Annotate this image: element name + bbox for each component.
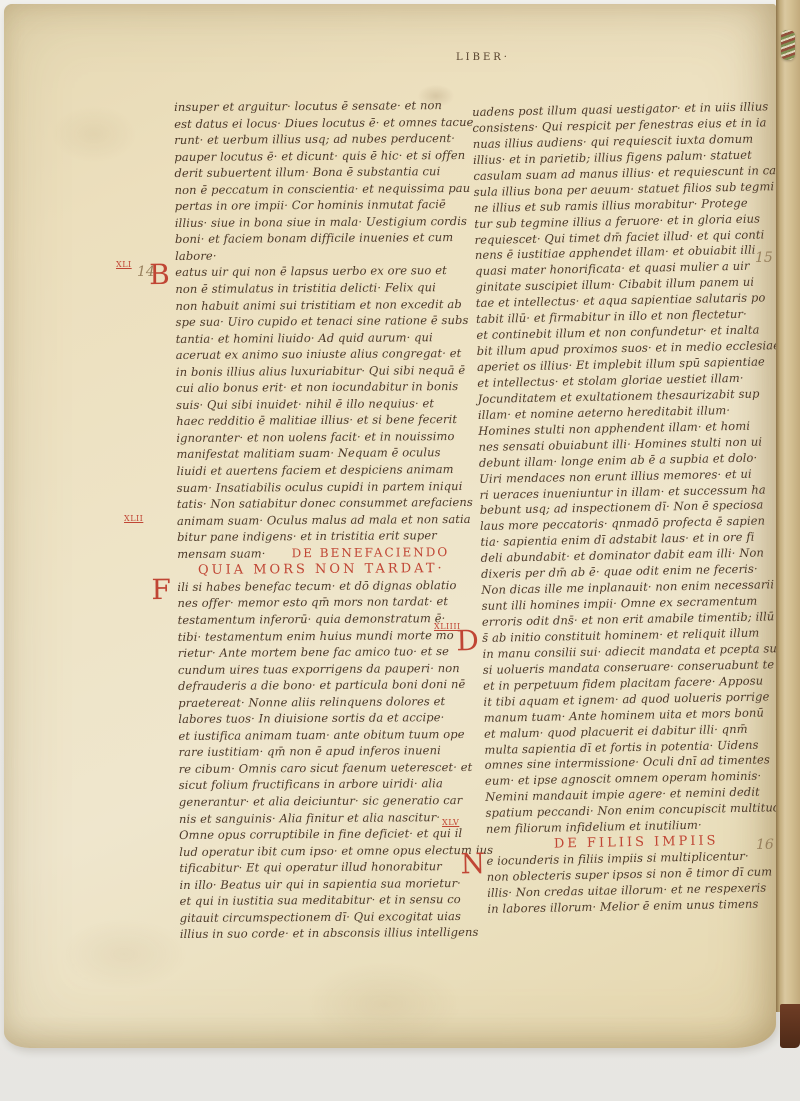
manuscript-text-line: mensam suam·DE BENEFACIENDO [177, 545, 465, 564]
line-text: non ē stimulatus in tristitia delicti· F… [175, 280, 436, 296]
manuscript-text-line: tatis· Non satiabitur donec consummet ar… [177, 495, 465, 514]
book-fore-edge [776, 0, 800, 1012]
manuscript-text-line: generantur· et alia deiciuntur· sic gene… [179, 793, 467, 812]
chapter-numeral-xlii: XLII [124, 514, 143, 523]
illuminated-initial: D [456, 627, 479, 655]
manuscript-text-line: praetereat· Nonne aliis relinquens dolor… [178, 694, 466, 713]
line-text: boni· et faciem bonam difficile inuenies… [175, 230, 453, 246]
line-text: est datus ei locus· Diues locutus ē· et … [174, 114, 473, 130]
line-text: in bonis illius alius luxuriabitur· Qui … [176, 363, 465, 379]
line-text: aceruat ex animo suo iniuste alius congr… [176, 346, 462, 362]
right-text-column: uadens post illum quasi uestigator· et i… [472, 99, 788, 917]
line-text: pertas in ore impii· Cor hominis inmutat… [175, 197, 446, 213]
line-text: testamentum inferorū· quia demonstratum … [178, 611, 446, 627]
manuscript-text-line: cui alio bonus erit· et non iocundabitur… [176, 379, 464, 398]
manuscript-text-line: nes offer· memor esto qm̄ mors non tarda… [177, 594, 465, 613]
line-text: ignoranter· et non uolens facit· et in n… [176, 429, 454, 445]
line-text: eatus uir qui non ē lapsus uerbo ex ore … [175, 264, 447, 280]
manuscript-photo: LIBER· insuper et arguitur· locutus ē se… [0, 0, 800, 1101]
manuscript-text-line: tibi· testamentum enim huius mundi morte… [178, 627, 466, 646]
illuminated-initial: N [460, 850, 485, 878]
chapter-number-14: 14 [137, 264, 155, 280]
chapter-number-16: 16 [756, 837, 774, 853]
left-text-column: insuper et arguitur· locutus ē sensate· … [174, 98, 468, 944]
line-text: Omne opus corruptibile in fine deficiet·… [179, 826, 462, 842]
line-text: labore· [175, 249, 217, 263]
running-title: LIBER· [456, 52, 510, 63]
line-text: manifestat malitiam suam· Nequam ē oculu… [176, 446, 440, 462]
manuscript-text-line: et iustifica animam tuam· ante obitum tu… [178, 727, 466, 746]
rubric-heading: QUIA MORS NON TARDAT· [177, 561, 465, 580]
rubric-heading-inline: DE BENEFACIENDO [291, 545, 449, 560]
manuscript-text-line: derit subuertent illum· Bona ē substanti… [174, 164, 462, 183]
line-text: pauper locutus ē· et dicunt· quis ē hic·… [174, 148, 465, 164]
line-text: nis et sanguinis· Alia finitur et alia n… [179, 810, 440, 826]
chapter-numeral-xlv: XLV [442, 818, 459, 827]
manuscript-text-line: boni· et faciem bonam difficile inuenies… [175, 230, 463, 249]
line-text: nes offer· memor esto qm̄ mors non tarda… [177, 595, 448, 611]
line-text: re cibum· Omnis caro sicut faenum uetere… [179, 760, 473, 776]
chapter-numeral-xliiii: XLIIII [434, 622, 461, 631]
line-text: spe sua· Uiro cupido et tenaci sine rati… [176, 313, 469, 329]
line-text: haec redditio ē malitiae illius· et si b… [176, 412, 457, 428]
line-text: cui alio bonus erit· et non iocundabitur… [176, 379, 458, 395]
line-text: cundum uires tuas exporrigens da pauperi… [178, 661, 460, 677]
manuscript-text-line: est datus ei locus· Diues locutus ē· et … [174, 115, 462, 134]
line-text: liuidi et auertens faciem et despiciens … [177, 462, 454, 478]
line-text: sicut folium fructificans in arbore uiri… [179, 777, 443, 793]
manuscript-text-line: bitur pane indigens· et in tristitia eri… [177, 528, 465, 547]
manuscript-text-line: Omne opus corruptibile in fine deficiet·… [179, 826, 467, 845]
manuscript-text-line: labores tuos· In diuisione sortis da et … [178, 710, 466, 729]
manuscript-text-line: Fili si habes benefac tecum· et dō digna… [177, 578, 465, 597]
line-text: tatis· Non satiabitur donec consummet ar… [177, 495, 473, 511]
manuscript-text-line: non ē stimulatus in tristitia delicti· F… [175, 280, 463, 299]
manuscript-text-line: in illo· Beatus uir qui in sapientia sua… [179, 876, 467, 895]
manuscript-text-line: nis et sanguinis· Alia finitur et alia n… [179, 809, 467, 828]
manuscript-text-line: lud operatur ibit cum ipso· et omne opus… [179, 843, 467, 862]
line-text: et qui in iustitia sua meditabitur· et i… [180, 892, 461, 908]
line-text: runt· et uerbum illius usq; ad nubes per… [174, 131, 455, 147]
line-text: animam suam· Oculus malus ad mala et non… [177, 512, 471, 528]
line-text: tibi· testamentum enim huius mundi morte… [178, 628, 454, 644]
manuscript-text-line: gitauit circumspectionem dī· Qui excogit… [180, 909, 468, 928]
manuscript-text-line: aceruat ex animo suo iniuste alius congr… [176, 346, 464, 365]
line-text: derit subuertent illum· Bona ē substanti… [174, 164, 440, 180]
rubric-text: QUIA MORS NON TARDAT· [198, 561, 445, 578]
manuscript-text-line: re cibum· Omnis caro sicut faenum uetere… [179, 760, 467, 779]
manuscript-text-line: non ē peccatum in conscientia· et nequis… [175, 181, 463, 200]
line-text: nem filiorum infidelium et inutilium· [486, 818, 702, 836]
line-text: praetereat· Nonne aliis relinquens dolor… [178, 694, 445, 710]
manuscript-text-line: liuidi et auertens faciem et despiciens … [177, 462, 465, 481]
manuscript-text-line: non habuit animi sui tristitiam et non e… [175, 297, 463, 316]
line-text: suam· Insatiabilis oculus cupidi in part… [177, 479, 463, 495]
line-text: mensam suam· [177, 546, 265, 561]
manuscript-text-line: labore· [175, 247, 463, 266]
manuscript-text-line: cundum uires tuas exporrigens da pauperi… [178, 661, 466, 680]
line-text: labores tuos· In diuisione sortis da et … [178, 710, 444, 726]
line-text: ili si habes benefac tecum· et dō dignas… [177, 578, 456, 594]
line-text: suis· Qui sibi inuidet· nihil ē illo neq… [176, 396, 434, 412]
line-text: lud operatur ibit cum ipso· et omne opus… [179, 842, 493, 858]
manuscript-text-line: suis· Qui sibi inuidet· nihil ē illo neq… [176, 396, 464, 415]
line-text: tantia· et homini liuido· Ad quid aurum·… [176, 330, 433, 346]
line-text: gitauit circumspectionem dī· Qui excogit… [180, 909, 461, 925]
chapter-number-15: 15 [755, 250, 773, 266]
manuscript-text-line: in bonis illius alius luxuriabitur· Qui … [176, 363, 464, 382]
manuscript-text-line: illius· siue in bona siue in mala· Uesti… [175, 214, 463, 233]
manuscript-text-line: pauper locutus ē· et dicunt· quis ē hic·… [174, 148, 462, 167]
line-text: insuper et arguitur· locutus ē sensate· … [174, 98, 442, 114]
illuminated-initial: F [151, 576, 171, 604]
line-text: bitur pane indigens· et in tristitia eri… [177, 528, 437, 544]
manuscript-text-line: runt· et uerbum illius usq; ad nubes per… [174, 131, 462, 150]
line-text: illius· siue in bona siue in mala· Uesti… [175, 214, 467, 230]
manuscript-text-line: illius in suo corde· et in absconsis ill… [180, 925, 468, 944]
manuscript-text-line: ignoranter· et non uolens facit· et in n… [176, 429, 464, 448]
line-text: non ē peccatum in conscientia· et nequis… [175, 181, 471, 197]
manuscript-text-line: Beatus uir qui non ē lapsus uerbo ex ore… [175, 263, 463, 282]
manuscript-text-line: suam· Insatiabilis oculus cupidi in part… [177, 479, 465, 498]
manuscript-text-line: et qui in iustitia sua meditabitur· et i… [180, 892, 468, 911]
line-text: defrauderis a die bono· et particula bon… [178, 677, 465, 693]
line-text: in illo· Beatus uir qui in sapientia sua… [179, 876, 461, 892]
manuscript-text-line: animam suam· Oculus malus ad mala et non… [177, 512, 465, 531]
manuscript-text-line: sicut folium fructificans in arbore uiri… [179, 776, 467, 795]
manuscript-text-line: rietur· Ante mortem bene fac amico tuo· … [178, 644, 466, 663]
line-text: rare iustitiam· qm̄ non ē apud inferos i… [179, 743, 441, 759]
manuscript-text-line: insuper et arguitur· locutus ē sensate· … [174, 98, 462, 117]
line-text: tificabitur· Et qui operatur illud honor… [179, 859, 442, 875]
endband [781, 30, 795, 60]
manuscript-text-line: tantia· et homini liuido· Ad quid aurum·… [176, 330, 464, 349]
line-text: illius in suo corde· et in absconsis ill… [180, 925, 479, 941]
manuscript-text-line: rare iustitiam· qm̄ non ē apud inferos i… [179, 743, 467, 762]
chapter-numeral-xli: XLI [116, 260, 132, 269]
manuscript-text-line: manifestat malitiam suam· Nequam ē oculu… [176, 445, 464, 464]
parchment-page: LIBER· insuper et arguitur· locutus ē se… [4, 4, 776, 1048]
manuscript-text-line: haec redditio ē malitiae illius· et si b… [176, 412, 464, 431]
manuscript-text-line: tificabitur· Et qui operatur illud honor… [179, 859, 467, 878]
manuscript-text-line: spe sua· Uiro cupido et tenaci sine rati… [176, 313, 464, 332]
manuscript-text-line: defrauderis a die bono· et particula bon… [178, 677, 466, 696]
manuscript-text-line: pertas in ore impii· Cor hominis inmutat… [175, 197, 463, 216]
line-text: rietur· Ante mortem bene fac amico tuo· … [178, 644, 449, 660]
binding-corner [780, 1004, 800, 1048]
manuscript-text-line: testamentum inferorū· quia demonstratum … [178, 611, 466, 630]
line-text: generantur· et alia deiciuntur· sic gene… [179, 793, 462, 809]
line-text: et iustifica animam tuam· ante obitum tu… [178, 727, 464, 743]
line-text: non habuit animi sui tristitiam et non e… [175, 297, 461, 313]
